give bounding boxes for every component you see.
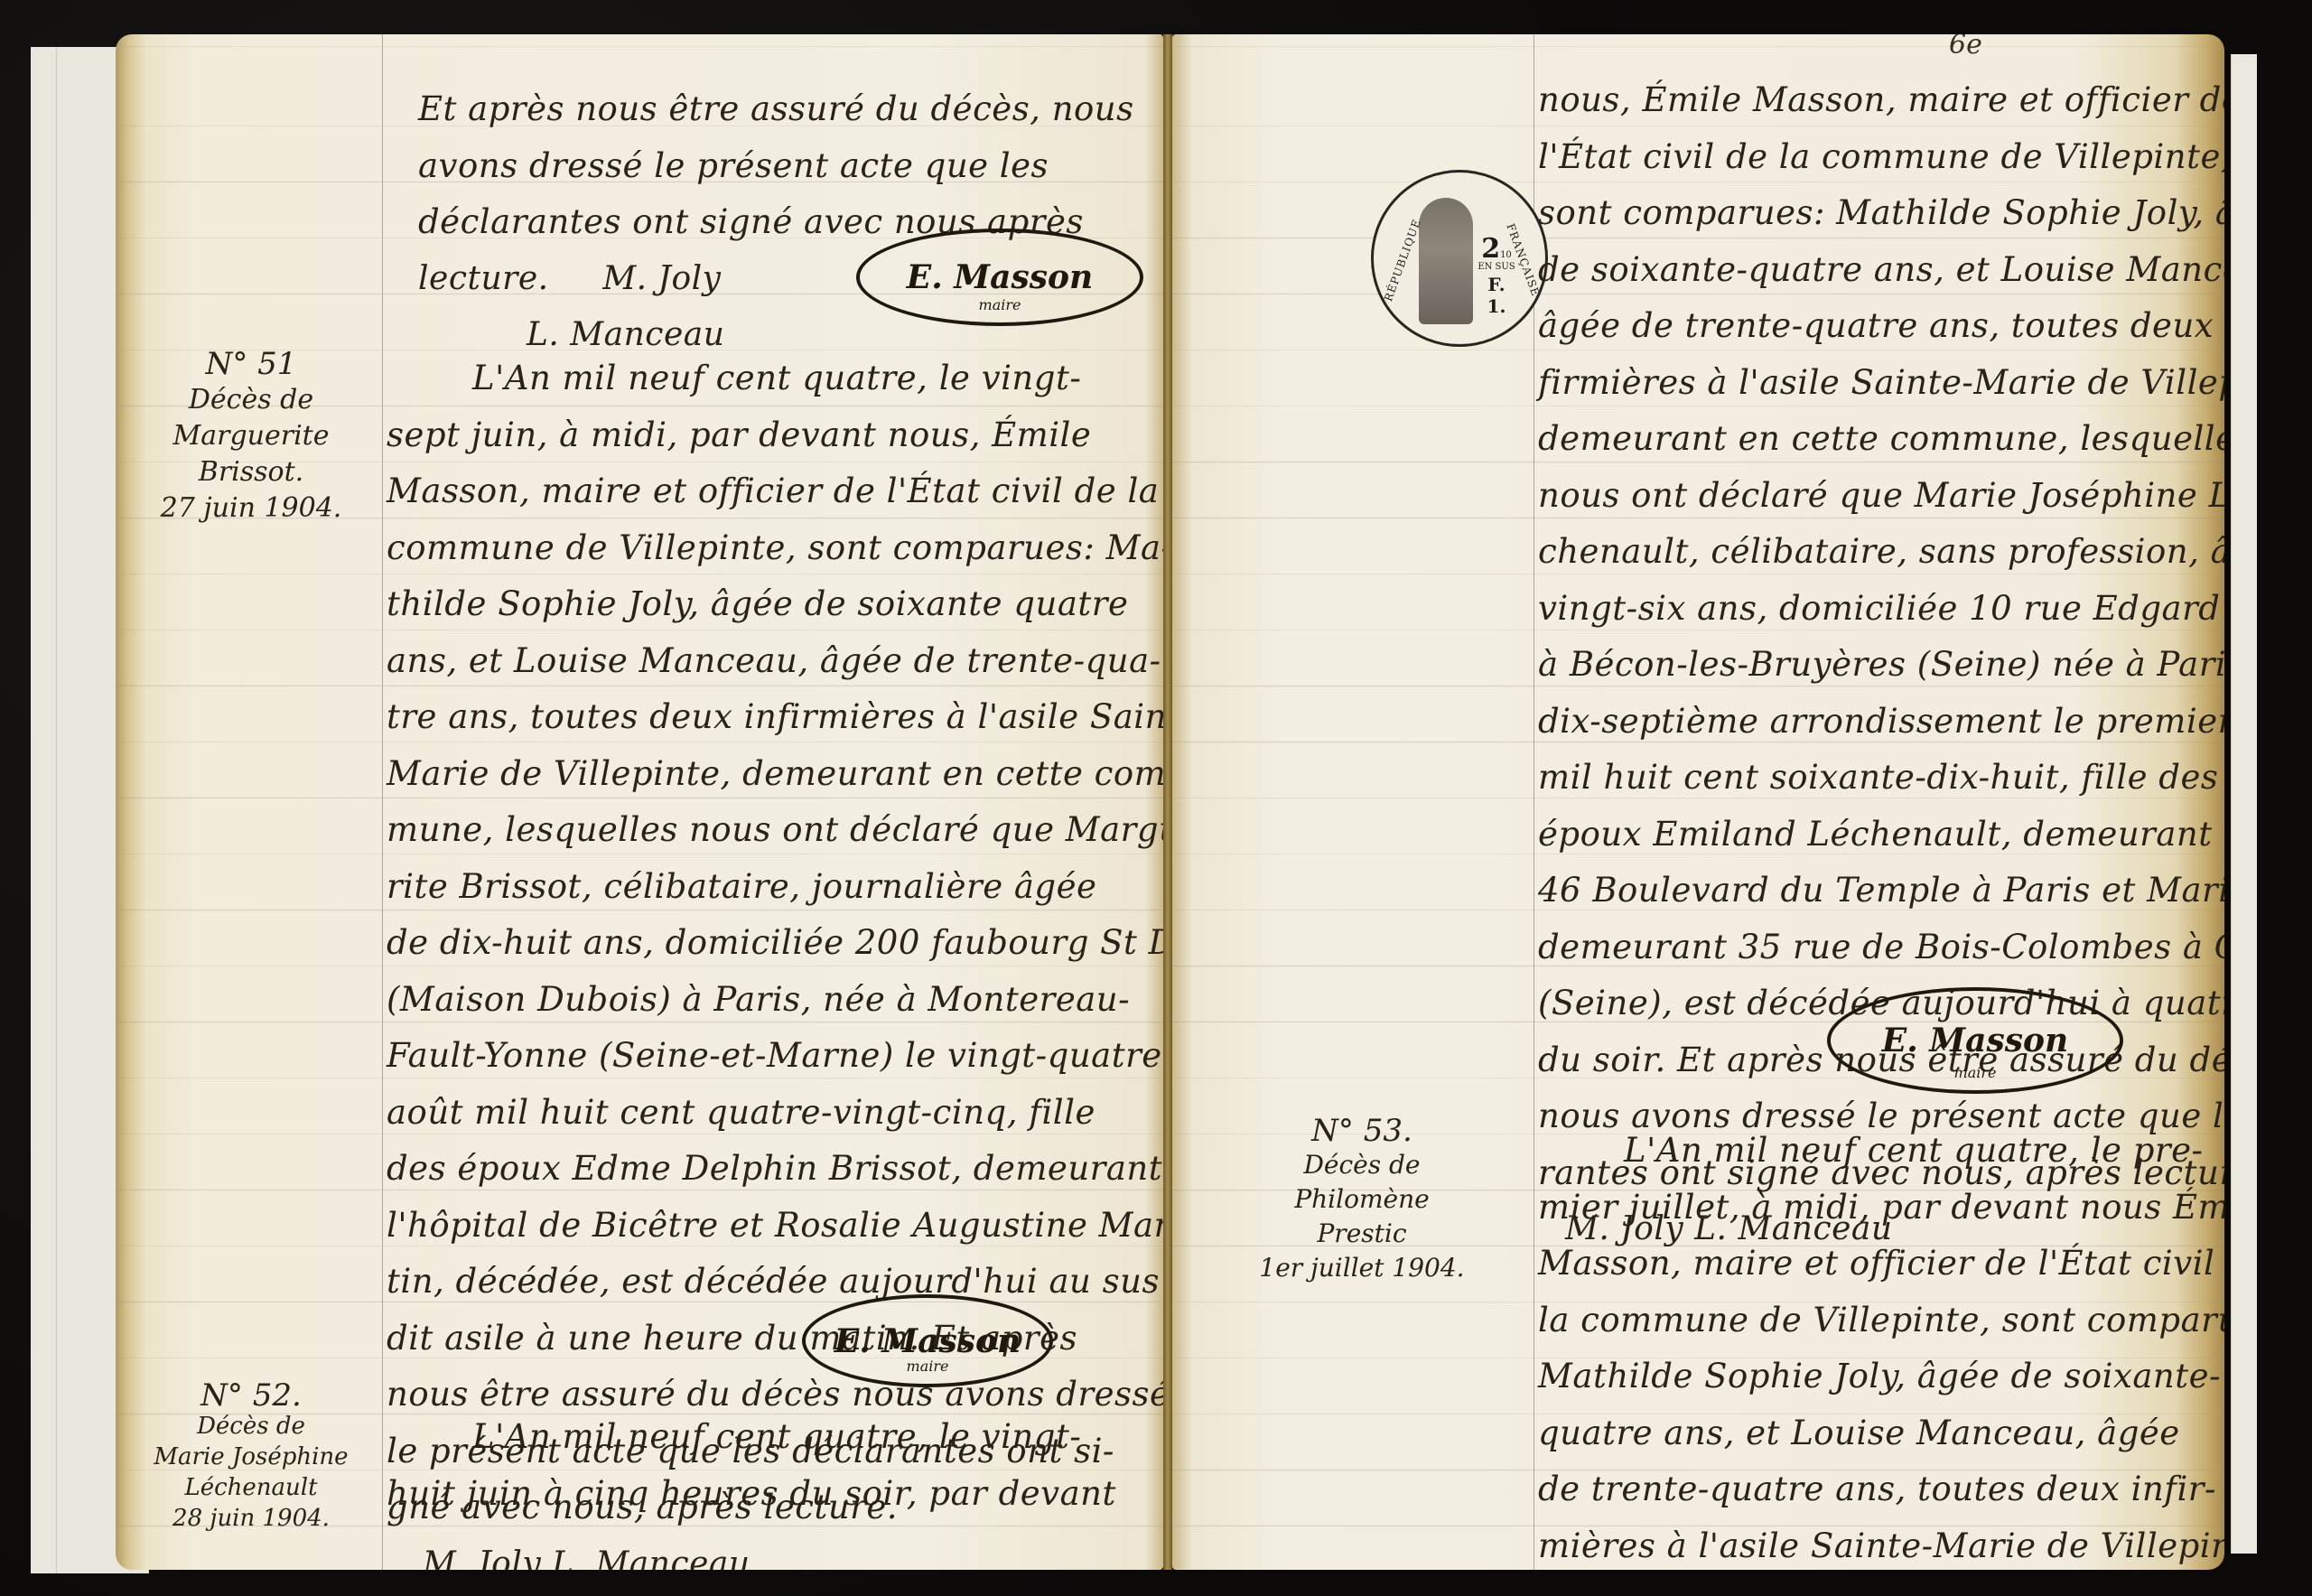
mayor-signature-seal: E. Masson maire	[802, 1294, 1053, 1387]
text-line: mune, lesquelles nous ont déclaré que Ma…	[387, 802, 1163, 859]
text-line: Marie de Villepinte, demeurant en cette …	[387, 746, 1163, 803]
margin-note-51: N° 51 Décès de Marguerite Brissot. 27 ju…	[134, 346, 368, 527]
left-page: Et après nous être assuré du décès, nous…	[116, 34, 1163, 1570]
mayor-signature-seal: E. Masson maire	[1827, 987, 2123, 1094]
text-line: des époux Edme Delphin Brissot, demeuran…	[387, 1141, 1163, 1198]
text-line: Masson, maire et officier de l'État civi…	[387, 463, 1163, 520]
text-line: chenault, célibataire, sans profession, …	[1538, 524, 2224, 581]
margin-note-52: N° 52. Décès de Marie Joséphine Léchenau…	[134, 1380, 368, 1534]
entry-51-text: L'An mil neuf cent quatre, le vingt- sep…	[387, 350, 1163, 1570]
text-line: mières à l'asile Sainte-Marie de Villepi…	[1538, 1518, 2224, 1571]
entry-53-text: L'An mil neuf cent quatre, le pre- mier …	[1538, 1123, 2224, 1570]
text-line: L'An mil neuf cent quatre, le vingt-	[387, 350, 1163, 407]
entry-52-text: L'An mil neuf cent quatre, le vingt- hui…	[387, 1409, 1116, 1522]
text-line: de dix-huit ans, domiciliée 200 faubourg…	[387, 915, 1163, 972]
text-line: époux Emiland Léchenault, demeurant	[1538, 807, 2224, 863]
text-line: (Maison Dubois) à Paris, née à Montereau…	[387, 972, 1163, 1029]
text-line: Et après nous être assuré du décès, nous	[418, 81, 1134, 138]
text-line: sept juin, à midi, par devant nous, Émil…	[387, 407, 1163, 464]
text-line: Masson, maire et officier de l'État civi…	[1538, 1236, 2224, 1293]
text-line: ans, et Louise Manceau, âgée de trente-q…	[387, 633, 1163, 690]
text-line: quatre ans, et Louise Manceau, âgée	[1538, 1405, 2224, 1462]
text-line: 46 Boulevard du Temple à Paris et Marie …	[1538, 863, 2224, 919]
text-line: tin, décédée, est décédée aujourd'hui au…	[387, 1254, 1163, 1311]
text-line: avons dressé le présent acte que les	[418, 138, 1134, 195]
text-line: la commune de Villepinte, sont comparues…	[1538, 1293, 2224, 1349]
text-line: sont comparues: Mathilde Sophie Joly, âg…	[1538, 185, 2224, 242]
text-line: Mathilde Sophie Joly, âgée de soixante-	[1538, 1349, 2224, 1405]
book-gutter	[1163, 34, 1172, 1570]
text-line: rite Brissot, célibataire, journalière â…	[387, 859, 1163, 916]
right-page: 6e RÉPUBLIQUE FRANÇAISE 210 EN SUS F. 1.…	[1172, 34, 2224, 1570]
text-line: L'An mil neuf cent quatre, le pre-	[1538, 1123, 2224, 1180]
text-line: nous, Émile Masson, maire et officier de	[1538, 72, 2224, 129]
entry-51-witness-signatures: M. Joly L. Manceau	[387, 1536, 1163, 1571]
marianne-figure-icon	[1419, 198, 1473, 324]
stamp-text-left: RÉPUBLIQUE	[1382, 217, 1423, 303]
mayor-signature-seal: E. Masson maire	[856, 229, 1143, 326]
text-line: firmières à l'asile Sainte-Marie de Vill…	[1538, 355, 2224, 412]
text-line: thilde Sophie Joly, âgée de soixante qua…	[387, 576, 1163, 633]
text-line: l'État civil de la commune de Villepinte…	[1538, 129, 2224, 186]
text-line: tre ans, toutes deux infirmières à l'asi…	[387, 689, 1163, 746]
text-line: à Bécon-les-Bruyères (Seine) née à Paris	[1538, 637, 2224, 694]
text-line: commune de Villepinte, sont comparues: M…	[387, 520, 1163, 577]
revenue-stamp: RÉPUBLIQUE FRANÇAISE 210 EN SUS F. 1.	[1371, 170, 1548, 347]
text-line: huit juin à cinq heures du soir, par dev…	[387, 1466, 1116, 1523]
text-line: nous ont déclaré que Marie Joséphine Lé-	[1538, 468, 2224, 525]
text-line: L'An mil neuf cent quatre, le vingt-	[387, 1409, 1116, 1466]
text-line: mier juillet, à midi, par devant nous Ém…	[1538, 1180, 2224, 1237]
text-line: août mil huit cent quatre-vingt-cinq, fi…	[387, 1085, 1163, 1142]
text-line: l'hôpital de Bicêtre et Rosalie Augustin…	[387, 1198, 1163, 1255]
text-line: âgée de trente-quatre ans, toutes deux i…	[1538, 298, 2224, 355]
text-line: de soixante-quatre ans, et Louise Mancea…	[1538, 242, 2224, 299]
text-line: vingt-six ans, domiciliée 10 rue Edgard …	[1538, 581, 2224, 638]
text-line: mil huit cent soixante-dix-huit, fille d…	[1538, 750, 2224, 807]
archive-mount-right	[2231, 54, 2257, 1554]
text-line: Fault-Yonne (Seine-et-Marne) le vingt-qu…	[387, 1028, 1163, 1085]
text-line: demeurant 35 rue de Bois-Colombes à Cour…	[1538, 919, 2224, 976]
register-book: Et après nous être assuré du décès, nous…	[116, 34, 2224, 1570]
signature-joly: M. Joly	[602, 260, 721, 297]
text-line: de trente-quatre ans, toutes deux infir-	[1538, 1461, 2224, 1518]
text-line: demeurant en cette commune, lesquelles	[1538, 411, 2224, 468]
text-line: dix-septième arrondissement le premier m…	[1538, 694, 2224, 751]
margin-note-53: N° 53. Décès de Philomène Prestic 1er ju…	[1217, 1114, 1506, 1285]
margin-rule	[382, 34, 383, 1570]
folio-number: 6e	[1949, 34, 1982, 61]
stamp-price: 210 EN SUS F. 1.	[1475, 236, 1518, 315]
